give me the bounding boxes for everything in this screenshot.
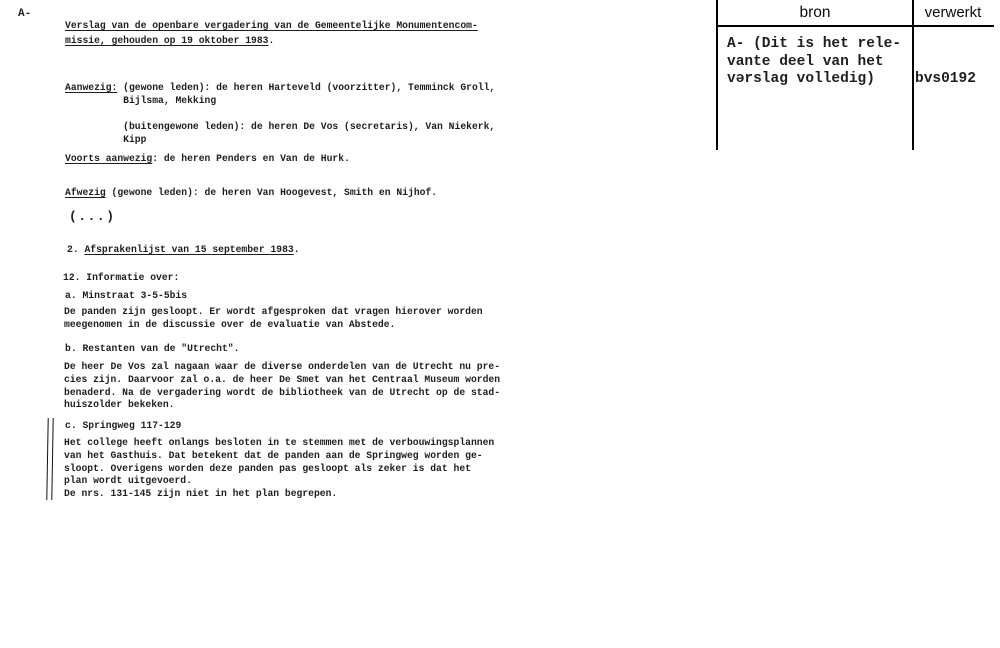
agenda-item-2: 2. Afsprakenlijst van 15 september 1983. xyxy=(67,244,300,257)
table-left-border xyxy=(716,0,718,150)
attendance-also-present-label: Voorts aanwezig xyxy=(65,153,152,164)
margin-emphasis-mark xyxy=(46,418,53,500)
subitem-b-body: De heer De Vos zal nagaan waar de divers… xyxy=(64,361,500,412)
scanned-document-page: { "doc": { "margin_label": "A-", "title_… xyxy=(0,0,1000,648)
bron-note: A- (Dit is het rele- vante deel van het … xyxy=(727,36,901,89)
attendance-absent: Afwezig (gewone leden): de heren Van Hoo… xyxy=(65,186,437,199)
attendance-present-label: Aanwezig: xyxy=(65,82,117,93)
attendance-present: Aanwezig: (gewone leden): de heren Harte… xyxy=(65,81,495,146)
omission-ellipsis: (...) xyxy=(69,209,116,224)
subitem-c-body: Het college heeft onlangs besloten in te… xyxy=(64,437,494,501)
doc-title-line2: missie, gehouden op 19 oktober 1983. xyxy=(65,33,478,48)
verwerkt-code: bvs0192 xyxy=(915,71,976,89)
subitem-b-heading: b. Restanten van de "Utrecht". xyxy=(65,343,239,356)
doc-title-line1: Verslag van de openbare vergadering van … xyxy=(65,18,478,33)
attendance-present-text: (gewone leden): de heren Harteveld (voor… xyxy=(65,82,495,145)
attendance-absent-label: Afwezig xyxy=(65,187,106,198)
attendance-also-present-text: : de heren Penders en Van de Hurk. xyxy=(152,153,350,164)
table-column-divider xyxy=(912,0,914,150)
attendance-also-present: Voorts aanwezig: de heren Penders en Van… xyxy=(65,152,350,165)
subitem-a-body: De panden zijn gesloopt. Er wordt afgesp… xyxy=(64,306,483,332)
agenda-item-12: 12. Informatie over: xyxy=(63,272,179,285)
margin-label: A- xyxy=(18,8,31,20)
attendance-absent-text: (gewone leden): de heren Van Hoogevest, … xyxy=(106,187,437,198)
subitem-a-heading: a. Minstraat 3-5-5bis xyxy=(65,290,187,303)
bron-column-header: bron xyxy=(717,4,913,22)
table-header-rule xyxy=(716,25,994,27)
verwerkt-column-header: verwerkt xyxy=(913,4,993,21)
agenda-item-2-title: Afsprakenlijst van 15 september 1983 xyxy=(84,244,293,255)
doc-title: Verslag van de openbare vergadering van … xyxy=(65,18,478,48)
subitem-c-heading: c. Springweg 117-129 xyxy=(65,420,181,433)
